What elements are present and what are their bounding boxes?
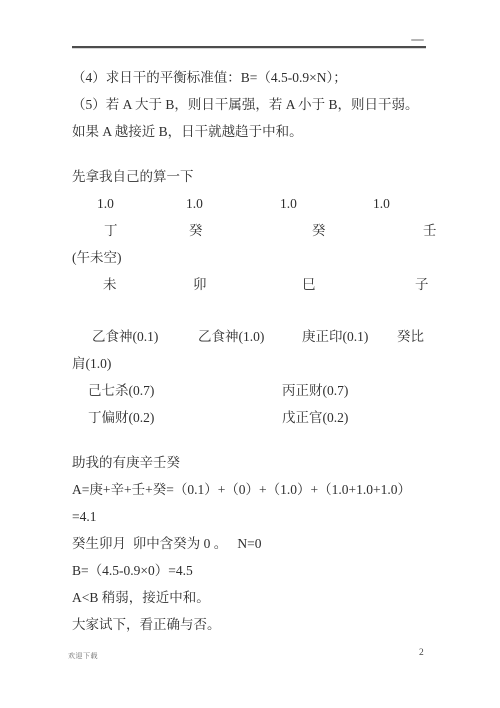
calc-helpers-line: 助我的有庚辛壬癸 <box>72 449 434 476</box>
hidden-gods-row-1: 乙食神(0.1) 乙食神(1.0) 庚正印(0.1) 癸比 <box>72 323 434 350</box>
pillar-weight: 1.0 <box>373 190 390 217</box>
intro-line-5: （5）若 A 大于 B，则日干属强，若 A 小于 B，则日干弱。 <box>72 91 434 118</box>
hidden-god: 乙食神(1.0) <box>198 323 264 350</box>
earthly-branch: 未 <box>103 271 117 298</box>
heavenly-stem: 壬 <box>423 217 437 244</box>
calc-formula-b: B=（4.5-0.9×0）=4.5 <box>72 557 434 584</box>
hidden-god: 丁偏财(0.2) <box>88 404 154 431</box>
hidden-gods-row-1-wrap: 肩(1.0) <box>72 350 434 377</box>
heavenly-stem: 癸 <box>312 217 326 244</box>
footer-page-number: 2 <box>419 648 424 658</box>
pillar-weight: 1.0 <box>186 190 203 217</box>
calc-conclusion: A<B 稍弱，接近中和。 <box>72 584 434 611</box>
footer-download-note: 欢迎下载 <box>68 651 98 661</box>
hidden-gods-row-2: 己七杀(0.7) 丙正财(0.7) <box>72 377 434 404</box>
calc-closing: 大家试下，看正确与否。 <box>72 611 434 638</box>
pillar-weight: 1.0 <box>280 190 297 217</box>
hidden-god: 癸比 <box>397 323 424 350</box>
intro-line-4: （4）求日干的平衡标准值：B=（4.5-0.9×N）； <box>72 64 434 91</box>
hidden-god: 丙正财(0.7) <box>282 377 348 404</box>
hidden-god: 乙食神(0.1) <box>92 323 158 350</box>
calc-n-line: 癸生卯月 卯中含癸为 0 。 N=0 <box>72 530 434 557</box>
hidden-god: 己七杀(0.7) <box>88 377 154 404</box>
calc-formula-a: A=庚+辛+壬+癸=（0.1）+（0）+（1.0）+（1.0+1.0+1.0） <box>72 476 434 503</box>
pillar-weights-row: 1.0 1.0 1.0 1.0 <box>72 190 434 217</box>
pillar-branches-row: 未 卯 巳 子 <box>72 271 434 298</box>
void-note: (午未空) <box>72 244 434 271</box>
heavenly-stem: 癸 <box>189 217 203 244</box>
hidden-gods-row-3: 丁偏财(0.2) 戊正官(0.2) <box>72 404 434 431</box>
earthly-branch: 子 <box>415 271 429 298</box>
heavenly-stem: 丁 <box>104 217 118 244</box>
pillar-weight: 1.0 <box>97 190 114 217</box>
hidden-god: 戊正官(0.2) <box>282 404 348 431</box>
earthly-branch: 巳 <box>302 271 316 298</box>
intro-line-5-cont: 如果 A 越接近 B，日干就越趋于中和。 <box>72 118 434 145</box>
chart-title: 先拿我自己的算一下 <box>72 163 434 190</box>
document-page: （4）求日干的平衡标准值：B=（4.5-0.9×N）； （5）若 A 大于 B，… <box>0 0 500 708</box>
hidden-god: 庚正印(0.1) <box>302 323 368 350</box>
document-body: （4）求日干的平衡标准值：B=（4.5-0.9×N）； （5）若 A 大于 B，… <box>72 64 434 638</box>
header-dash-mark <box>411 39 424 41</box>
header-rule <box>72 46 426 48</box>
pillar-stems-row: 丁 癸 癸 壬 <box>72 217 434 244</box>
calc-formula-a-result: =4.1 <box>72 503 434 530</box>
earthly-branch: 卯 <box>193 271 207 298</box>
